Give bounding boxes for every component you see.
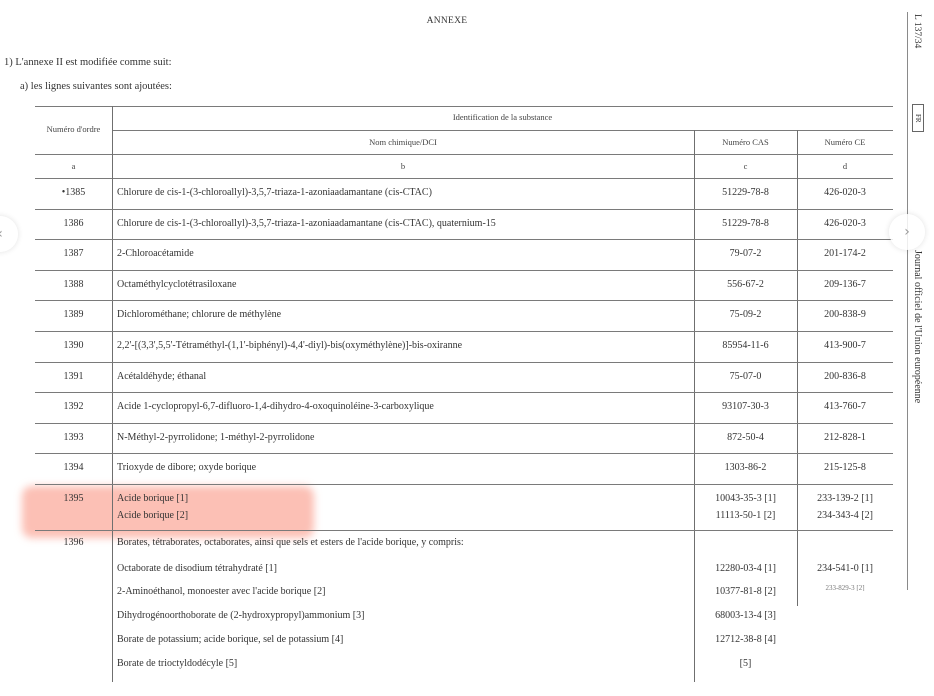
row-number: 1388 <box>35 279 112 290</box>
row-ec-number: 426-020-3 <box>797 187 893 198</box>
row-number: •1385 <box>35 187 112 198</box>
row-cas-number: 1303-86-2 <box>694 462 797 473</box>
row-rule <box>35 362 893 363</box>
annex-title: ANNEXE <box>0 16 894 26</box>
journal-name: Journal officiel de l'Union européenne <box>912 250 923 403</box>
row-cas-number: 872-50-4 <box>694 432 797 443</box>
row-chemical-name: Acétaldéhyde; éthanal <box>117 371 206 382</box>
page-reference: L 137/34 <box>912 14 922 48</box>
table-top-rule <box>35 106 893 107</box>
row-1396-cas-4: 12712-38-8 [4] <box>694 634 797 645</box>
row-rule <box>35 530 893 531</box>
row-1395-name-1: Acide borique [1] <box>117 493 188 504</box>
row-chemical-name: 2-Chloroacétamide <box>117 248 194 259</box>
row-chemical-name: Octaméthylcyclotétrasiloxane <box>117 279 236 290</box>
row-rule <box>35 392 893 393</box>
previous-page-button[interactable]: ‹ <box>0 216 18 252</box>
row-ec-number: 413-760-7 <box>797 401 893 412</box>
row-ec-number: 209-136-7 <box>797 279 893 290</box>
next-page-button[interactable]: › <box>889 214 925 250</box>
row-number: 1392 <box>35 401 112 412</box>
col-letter-a: a <box>35 161 112 171</box>
row-1396-intro: Borates, tétraborates, octaborates, ains… <box>117 537 464 548</box>
row-rule <box>35 300 893 301</box>
row-number: 1390 <box>35 340 112 351</box>
row-number: 1389 <box>35 309 112 320</box>
col-letter-c: c <box>694 161 797 171</box>
row-1396-name-5: Borate de trioctyldodécyle [5] <box>117 658 237 669</box>
row-number: 1391 <box>35 371 112 382</box>
header-order-number: Numéro d'ordre <box>35 124 112 134</box>
row-1396-name-4: Borate de potassium; acide borique, sel … <box>117 634 343 645</box>
row-1396-name-2: 2-Aminoéthanol, monoester avec l'acide b… <box>117 586 325 597</box>
row-rule <box>35 209 893 210</box>
row-1396-cas-2: 10377-81-8 [2] <box>694 586 797 597</box>
col-letter-b: b <box>112 161 694 171</box>
language-badge: FR <box>912 104 924 132</box>
row-ec-number: 200-838-9 <box>797 309 893 320</box>
row-cas-number: 93107-30-3 <box>694 401 797 412</box>
row-rule <box>35 239 893 240</box>
header-cas-number: Numéro CAS <box>694 137 797 147</box>
row-1395-name-2: Acide borique [2] <box>117 510 188 521</box>
row-number: 1386 <box>35 218 112 229</box>
row-1396-ce-2: 233-829-3 [2] <box>797 584 893 591</box>
header-substance-identification: Identification de la substance <box>112 112 893 122</box>
row-1396-number: 1396 <box>35 537 112 548</box>
row-rule <box>35 331 893 332</box>
row-1395-number: 1395 <box>35 493 112 504</box>
row-1396-name-3: Dihydrogénoorthoborate de (2-hydroxyprop… <box>117 610 364 621</box>
row-rule <box>35 270 893 271</box>
row-ec-number: 201-174-2 <box>797 248 893 259</box>
row-1395-cas-2: 11113-50-1 [2] <box>694 510 797 521</box>
intro-line-2: a) les lignes suivantes sont ajoutées: <box>20 81 172 92</box>
intro-line-1: 1) L'annexe II est modifiée comme suit: <box>4 57 172 68</box>
row-rule <box>35 423 893 424</box>
row-ec-number: 413-900-7 <box>797 340 893 351</box>
row-cas-number: 51229-78-8 <box>694 218 797 229</box>
row-1396-cas-1: 12280-03-4 [1] <box>694 563 797 574</box>
document-page: ANNEXE 1) L'annexe II est modifiée comme… <box>0 0 934 696</box>
row-chemical-name: Chlorure de cis-1-(3-chloroallyl)-3,5,7-… <box>117 218 496 229</box>
row-ec-number: 212-828-1 <box>797 432 893 443</box>
row-chemical-name: Trioxyde de dibore; oxyde borique <box>117 462 256 473</box>
row-chemical-name: Chlorure de cis-1-(3-chloroallyl)-3,5,7-… <box>117 187 432 198</box>
row-cas-number: 51229-78-8 <box>694 187 797 198</box>
row-ec-number: 426-020-3 <box>797 218 893 229</box>
letters-rule <box>35 178 893 179</box>
header-subrule <box>112 130 893 131</box>
row-1395-cas-1: 10043-35-3 [1] <box>694 493 797 504</box>
chevron-left-icon: ‹ <box>0 226 3 242</box>
row-rule <box>35 453 893 454</box>
row-1396-cas-5: [5] <box>694 658 797 669</box>
sidebar-rule <box>907 12 908 590</box>
row-cas-number: 556-67-2 <box>694 279 797 290</box>
header-chemical-name: Nom chimique/DCI <box>112 137 694 147</box>
row-cas-number: 75-09-2 <box>694 309 797 320</box>
row-number: 1387 <box>35 248 112 259</box>
row-1396-ce-1: 234-541-0 [1] <box>797 563 893 574</box>
header-ec-number: Numéro CE <box>797 137 893 147</box>
row-cas-number: 79-07-2 <box>694 248 797 259</box>
row-number: 1393 <box>35 432 112 443</box>
col-divider-d <box>797 130 798 606</box>
row-1396-name-1: Octaborate de disodium tétrahydraté [1] <box>117 563 277 574</box>
row-chemical-name: N-Méthyl-2-pyrrolidone; 1-méthyl-2-pyrro… <box>117 432 314 443</box>
row-ec-number: 215-125-8 <box>797 462 893 473</box>
col-divider-a <box>112 106 113 682</box>
row-1396-cas-3: 68003-13-4 [3] <box>694 610 797 621</box>
row-number: 1394 <box>35 462 112 473</box>
header-rule <box>35 154 893 155</box>
row-chemical-name: 2,2'-[(3,3',5,5'-Tétraméthyl-(1,1'-biphé… <box>117 340 462 351</box>
col-letter-d: d <box>797 161 893 171</box>
row-rule <box>35 484 893 485</box>
row-chemical-name: Acide 1-cyclopropyl-6,7-difluoro-1,4-dih… <box>117 401 434 412</box>
row-cas-number: 75-07-0 <box>694 371 797 382</box>
row-1395-ce-2: 234-343-4 [2] <box>797 510 893 521</box>
row-chemical-name: Dichlorométhane; chlorure de méthylène <box>117 309 281 320</box>
row-cas-number: 85954-11-6 <box>694 340 797 351</box>
chevron-right-icon: › <box>904 224 910 240</box>
row-1395-ce-1: 233-139-2 [1] <box>797 493 893 504</box>
row-ec-number: 200-836-8 <box>797 371 893 382</box>
